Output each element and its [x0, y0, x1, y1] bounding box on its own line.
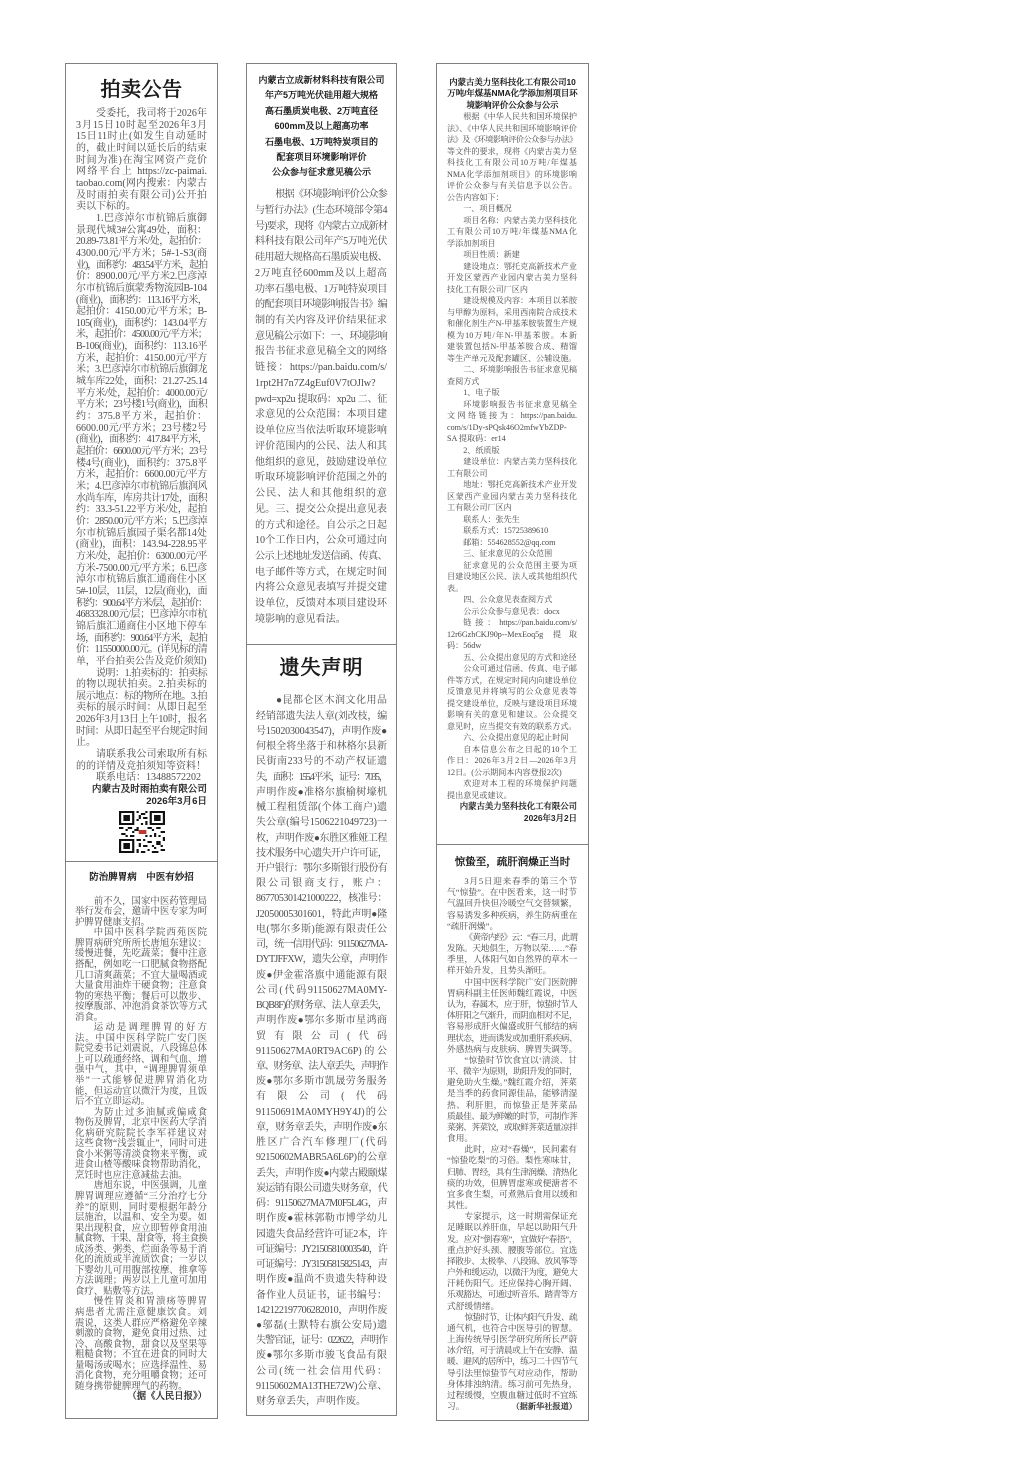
- eia-licheng-body: 根据《环境影响评价公众参与暂行办法》(生态环境部令第4号)要求，现将《内蒙古立成…: [255, 187, 387, 628]
- text-line: 果出现积食，应立即暂停食用油: [75, 1224, 207, 1235]
- text-line: 方米，起拍价：4150.00元/平方: [76, 353, 207, 365]
- text-line: 设单位应当依法听取环境影响: [255, 423, 387, 439]
- text-line: “疏肝润燥”。: [447, 921, 577, 932]
- text-line: 求意见的公众范围：本项目建: [255, 407, 387, 423]
- text-line: 炭运销有限公司遗失财务章，代: [256, 1181, 387, 1196]
- text-line: 层施治，以温和、安全为要。如: [75, 1213, 207, 1224]
- text-line: 丢失，声明作废●内蒙古殿颐煤: [256, 1166, 387, 1181]
- text-line: 民街南233号的不动产权证遗: [256, 754, 387, 769]
- text-line: 硅用超大规格高石墨质炭电极、: [255, 250, 387, 266]
- text-line: 电子邮件等方式，在规定时间: [255, 565, 387, 581]
- text-line: 运动是调理脾胃的好方: [75, 1023, 207, 1034]
- text-line: 技术服务中心遗失开户许可证，: [256, 846, 387, 861]
- text-line: 宜多食生梨，可煮熟后食用以缓和: [447, 1189, 577, 1200]
- text-line: 件等方式，在规定时间内向建设单位: [447, 675, 577, 687]
- text-line: 此时，应对“春燥”，民间素有: [447, 1144, 577, 1155]
- text-line: 听取环境影响评价范围之外的: [255, 470, 387, 486]
- text-line: 网络平台上 https://zc-paimai.: [76, 166, 207, 178]
- text-line: 废●伊金霍洛旗中通能源有限: [256, 968, 387, 983]
- text-line: 惊蛰时节，让体内阳气升发、疏: [447, 1312, 577, 1323]
- text-line: 公众参与征求意见稿公示: [246, 165, 397, 180]
- text-line: 的物以现状拍卖。2.拍卖标的: [76, 679, 207, 691]
- text-line: 意见时，应当提交有效的联系方式。: [447, 721, 577, 733]
- text-line: 公司(统一社会信用代码：: [256, 1364, 387, 1379]
- text-line: 法》及《环境影响评价公众参与办法》: [447, 134, 577, 146]
- text-line: 工有限公司10万吨/年煤基NMA化: [447, 226, 577, 238]
- text-line: 财务章丢失，声明作废。: [256, 1394, 387, 1409]
- text-line: 有限公司(代码: [256, 1089, 387, 1104]
- text-line: 容易形成肝火偏盛或肝气郁结的病: [447, 1021, 577, 1032]
- eia-licheng-paragraphs: 根据《环境影响评价公众参与暂行办法》(生态环境部令第4号)要求，现将《内蒙古立成…: [255, 187, 387, 628]
- auction-notice-date: 2026年3月6日: [76, 796, 207, 808]
- text-line: 意见稿公示如下：一、环境影响: [255, 329, 387, 345]
- loss-statement-paragraphs: ●昆都仑区木润文化用品经销部遗失法人章(刘改枝，编号1502030043547)…: [256, 693, 387, 1409]
- text-line: 一、项目概况: [447, 203, 577, 215]
- text-line: 汗耗伤阳气。还应保持心胸开阔、: [447, 1278, 577, 1289]
- text-line: 5#-10层，11层，12层(商业)，面: [76, 586, 207, 598]
- text-line: “惊蛰吃梨”的习俗。梨性寒味甘，: [447, 1155, 577, 1166]
- text-line: 法》、《中华人民共和国环境影响评价: [447, 123, 577, 135]
- eia-meilijian-title: 内蒙古美力坚科技化工有限公司10万吨/年煤基NMA化学添加剂项目环境影响评价公众…: [436, 77, 589, 112]
- text-line: 公示公众参与意见表：docx: [447, 606, 577, 618]
- text-line: 刺激的食物，避免食用过热、过: [75, 1329, 207, 1340]
- text-line: 开发区蒙西产业园内蒙古美力坚科: [447, 272, 577, 284]
- text-line: 三、征求意见的公众范围: [447, 548, 577, 560]
- text-line: 脾胃病研究所所长唐旭东建议：: [75, 939, 207, 950]
- health-article-body: 前不久，国家中医药管理局举行发布会，邀请中医专家为呵护脾胃健康支招。中国中医科学…: [75, 897, 207, 1403]
- text-line: 是当季的药食同源佳品，能够清湿: [447, 1088, 577, 1099]
- text-line: 公告内容如下：: [447, 192, 577, 204]
- jingzhe-article-paragraphs: 3月5日迎来春季的第三个节气“惊蛰”。在中医看来，这一时节气温回升快但冷暖空气交…: [447, 876, 577, 1412]
- text-line: 四、公众意见表查阅方式: [447, 594, 577, 606]
- text-line: 867705301421000222，核准号：: [256, 891, 387, 906]
- text-line: 92150602MABR5A6L6P)的公章: [256, 1150, 387, 1165]
- text-line: 章，财务章丢失，声明作废●东: [256, 1120, 387, 1135]
- text-line: 境影响的意见看法。: [255, 612, 387, 628]
- text-line: 避免助火生燥。”魏红霞介绍，荠菜: [447, 1077, 577, 1088]
- text-line: 通气机，也符合中医导引的智慧。: [447, 1323, 577, 1334]
- text-line: 料科技有限公司年产5万吨光伏: [255, 234, 387, 250]
- text-line: 91150691MA0MYH9Y4J)的公: [256, 1105, 387, 1120]
- text-line: 功率石墨电极、1万吨特炭项目: [255, 282, 387, 298]
- text-line: 化病研究院院长李军祥建议对: [75, 1129, 207, 1140]
- text-line: 导引法里惊蛰节气对应动作，帮助: [447, 1368, 577, 1379]
- text-line: 足睡眠以养肝血，早起以助阳气升: [447, 1222, 577, 1233]
- text-line: 热、利肝胆，而惊蛰正是荠菜品: [447, 1100, 577, 1111]
- text-line: 废●鄂尔多斯市凯晟劳务服务: [256, 1074, 387, 1089]
- text-line: 2、纸质版: [447, 445, 577, 457]
- text-line: 及时雨拍卖有限公司)公开拍: [76, 190, 207, 202]
- auction-notice-body: 受委托，我司将于2026年3月15日10时起至2026年3月15日11时止(如发…: [76, 108, 207, 807]
- text-line: 平方米/处，起拍价：4000.00元/: [76, 388, 207, 400]
- text-line: 外感热病与皮肤病、脾胃失调等。: [447, 1044, 577, 1055]
- text-line: 物伤及脾胃，北京中医药大学消: [75, 1118, 207, 1129]
- text-line: 的配套项目环境影响报告书》编: [255, 297, 387, 313]
- text-line: 楼4号(商业)，面积约：375.8平: [76, 458, 207, 470]
- text-line: 号)要求，现将《内蒙古立成新材: [255, 219, 387, 235]
- text-line: 高石墨质炭电极、2万吨直径: [246, 104, 397, 119]
- text-line: 设单位，反馈对本项目建设环: [255, 596, 387, 612]
- text-line: 景现代城3#公寓49处，面积：: [76, 225, 207, 237]
- health-article-paragraphs: 前不久，国家中医药管理局举行发布会，邀请中医专家为呵护脾胃健康支招。中国中医科学…: [75, 897, 207, 1393]
- text-line: 震说，这类人群应严格避免辛辣: [75, 1319, 207, 1330]
- text-line: 随身携带健脾理气的药物。: [75, 1382, 207, 1393]
- text-line: 止。: [76, 737, 207, 749]
- column-2-divider: [246, 644, 397, 645]
- text-line: 工有限公司厂区内: [447, 502, 577, 514]
- text-line: 腻食物、干果、甜食等，将主食换: [75, 1234, 207, 1245]
- text-line: 年产5万吨光伏硅用超大规格: [246, 88, 397, 103]
- text-line: 护脾胃健康支招。: [75, 918, 207, 929]
- text-line: 建装置包括N-甲基苯胺合成、精馏: [447, 341, 577, 353]
- text-line: 可证编号：JY31505815825143，声: [256, 1257, 387, 1272]
- text-line: 贸有限公司(代码: [256, 1029, 387, 1044]
- text-line: 1、电子版: [447, 387, 577, 399]
- loss-statement-title: 遗失声明: [246, 655, 397, 681]
- text-line: ●昆都仑区木润文化用品: [256, 693, 387, 708]
- text-line: 食疗、贴敷等方法。: [75, 1287, 207, 1298]
- text-line: 提交建设单位，反映与建设项目环境: [447, 698, 577, 710]
- text-line: 142122197706282010，声明作废: [256, 1303, 387, 1318]
- text-line: 根据《中华人民共和国环境保护: [447, 111, 577, 123]
- text-line: 联系方式：15725389610: [447, 525, 577, 537]
- text-line: 内将公众意见表填写并提交建: [255, 580, 387, 596]
- auction-notice-paragraphs: 受委托，我司将于2026年3月15日10时起至2026年3月15日11时止(如发…: [76, 108, 207, 784]
- health-article-title: 防治脾胃病 中医有妙招: [65, 872, 218, 884]
- text-line: B-106(商业)，面积约：113.16平: [76, 341, 207, 353]
- text-line: 中国中医科学院广安门医院脾: [447, 977, 577, 988]
- text-line: 价：2850.00元/平方米；5.巴彦淖: [76, 516, 207, 528]
- text-line: 场，面积约：900.64平方米，起拍: [76, 633, 207, 645]
- text-line: 1.巴彦淖尔市杭锦后旗御: [76, 213, 207, 225]
- text-line: 季里，人体阳气如自然界的草木一: [447, 954, 577, 965]
- text-line: 积约：900.64平方米/层，起拍价：: [76, 598, 207, 610]
- text-line: ●邬磊(土默特右旗公安局)遗: [256, 1318, 387, 1333]
- text-line: 尔市杭锦后旗蒙秀物流园B-104: [76, 283, 207, 295]
- text-line: 链接：https://pan.baidu.com/s/: [447, 617, 577, 629]
- text-line: 内蒙古美力坚科技化工有限公司10: [436, 77, 589, 89]
- text-line: 中国中医科学院西苑医院: [75, 928, 207, 939]
- text-line: 10个工作日内，公众可通过向: [255, 533, 387, 549]
- text-line: 约：375.8平方米，起拍价：: [76, 411, 207, 423]
- text-line: 冰介绍，可于清晨或上午在安静、温: [447, 1345, 577, 1356]
- text-line: 冷、高酸食物，甜食以及坚果等: [75, 1340, 207, 1351]
- text-line: 平、微辛’为原则，助阳升发的同时，: [447, 1066, 577, 1077]
- text-line: 查阅方式: [447, 376, 577, 388]
- text-line: 91150627MA0RT9AC6P)的公: [256, 1044, 387, 1059]
- text-line: 表。: [447, 583, 577, 595]
- loss-statement-body: ●昆都仑区木润文化用品经销部遗失法人章(刘改枝，编号1502030043547)…: [256, 693, 387, 1409]
- text-line: 等生产单元及配套罐区、公辅设施。: [447, 353, 577, 365]
- text-line: 《黄帝内经》云：“春三月，此谓: [447, 932, 577, 943]
- text-line: 胜区广合汽车修理厂(代码: [256, 1135, 387, 1150]
- text-line: 粗糙食物；不宜在进食的同时大: [75, 1350, 207, 1361]
- text-line: 进食山楂等酸味食物帮助消化，: [75, 1160, 207, 1171]
- text-line: 方米/处，起拍价：6300.00元/平: [76, 551, 207, 563]
- text-line: 其性。: [447, 1200, 577, 1211]
- text-line: SA 提取码：er14: [447, 433, 577, 445]
- text-line: 明作废●温尚不贵遗失特种设: [256, 1272, 387, 1287]
- text-line: 评价公众参与有关信息予以公告。: [447, 180, 577, 192]
- text-line: 6600.00元/平方米；23号楼2号: [76, 423, 207, 435]
- text-line: 开户银行：鄂尔多斯银行股份有: [256, 861, 387, 876]
- text-line: 食用。: [447, 1133, 577, 1144]
- text-line: 枚，声明作废●东胜区雅娅工程: [256, 831, 387, 846]
- text-line: NMA化学添加剂项目》的环境影响: [447, 169, 577, 181]
- column-1-divider: [65, 861, 218, 862]
- text-line: 下婴幼儿可用腹部按摩、推拿等: [75, 1266, 207, 1277]
- text-line: 自本信息公布之日起的10个工: [447, 744, 577, 756]
- text-line: 经销部遗失法人章(刘改枝，编: [256, 709, 387, 724]
- auction-notice-title: 拍卖公告: [65, 77, 218, 103]
- text-line: 体肝阳之气渐升，而阴血相对不足，: [447, 1010, 577, 1021]
- text-line: 上海传统导引医学研究所所长严蔚: [447, 1334, 577, 1345]
- text-line: 卖以下标的。: [76, 201, 207, 213]
- text-line: 锦后旗汇通商住小区地下停车: [76, 621, 207, 633]
- text-line: 建设规模及内容：本项目以苯胺: [447, 295, 577, 307]
- text-line: 15日11时止(如发生自动延时: [76, 131, 207, 143]
- text-line: 欢迎对本工程的环境保护问题: [447, 778, 577, 790]
- text-line: 3月5日迎来春季的第三个节: [447, 876, 577, 887]
- text-line: 烹饪时也应注意减盐去油。: [75, 1171, 207, 1182]
- text-line: 气“惊蛰”。在中医看来，这一时节: [447, 887, 577, 898]
- text-line: 与暂行办法》(生态环境部令第4: [255, 203, 387, 219]
- text-line: BQB8F)的财务章、法人章丢失，: [256, 998, 387, 1013]
- text-line: 化的流质或半流质饮食；一岁以: [75, 1255, 207, 1266]
- text-line: 身体排浊纳清。练习前可先热身，: [447, 1379, 577, 1390]
- text-line: 时间：从即日起至平台规定时间: [76, 726, 207, 738]
- text-line: 声明作废●准格尔旗榆树壕机: [256, 785, 387, 800]
- text-line: 搭配，例如吃一口肥腻食物搭配: [75, 960, 207, 971]
- text-line: 时间为准)在淘宝网资产竞价: [76, 155, 207, 167]
- text-line: 12日。(公示期间本内容登报2次): [447, 767, 577, 779]
- text-line: 前不久，国家中医药管理局: [75, 897, 207, 908]
- text-line: 105(商业)，面积约：143.04平方: [76, 318, 207, 330]
- text-line: 万吨/年煤基NMA化学添加剂项目环: [436, 88, 589, 100]
- text-line: 区蒙西产业园内蒙古美力坚科技化: [447, 491, 577, 503]
- text-line: 等文件的要求，现将《内蒙古美力坚: [447, 146, 577, 158]
- text-line: 根据《环境影响评价公众参: [255, 187, 387, 203]
- text-line: 工有限公司: [447, 468, 577, 480]
- text-line: 约：33.3-51.22平方米/处，起拍: [76, 504, 207, 516]
- text-line: 方法调理；两岁以上儿童可加用: [75, 1276, 207, 1287]
- text-line: 质最佳、最为鲜嫩的时节，可制作荠: [447, 1111, 577, 1122]
- auction-notice-company: 内蒙古及时雨拍卖有限公司: [76, 784, 207, 796]
- text-line: 的方式和途径。自公示之日起: [255, 518, 387, 534]
- text-line: 业)，面积约：483.54平方米，起拍: [76, 260, 207, 272]
- text-line: 痰的功效，但脾胃虚寒或便溏者不: [447, 1178, 577, 1189]
- text-line: 4683328.00元/层；巴彦淖尔市杭: [76, 609, 207, 621]
- text-line: 建设地点：鄂托克高新技术产业: [447, 261, 577, 273]
- text-line: 失，面积：155.4平米，证号：7035，: [256, 770, 387, 785]
- text-line: 食小米粥等清淡食物来平衡，或: [75, 1150, 207, 1161]
- text-line: 2026年3月13日上午10时，报名: [76, 714, 207, 726]
- text-line: 乐观豁达，可通过听音乐、踏青等方: [447, 1289, 577, 1300]
- text-line: 码：91150627MA7M0F5L4G，声: [256, 1196, 387, 1211]
- text-line: 声明作废●鄂尔多斯市星鸿商: [256, 1013, 387, 1028]
- text-line: 价：11550000.00元。(详见标的清: [76, 644, 207, 656]
- eia-meilijian-paragraphs: 根据《中华人民共和国环境保护法》、《中华人民共和国环境影响评价法》及《环境影响评…: [447, 111, 577, 801]
- text-line: 脾胃调理应遵循“三分治疗七分: [75, 1192, 207, 1203]
- text-line: 链接：https://pan.baidu.com/s/: [255, 360, 387, 376]
- text-line: 起拍价：4150.00元/平方米；B-: [76, 306, 207, 318]
- text-line: 发陈。天地俱生，万物以荣……”春: [447, 943, 577, 954]
- text-line: 公民、法人和其他组织的意: [255, 486, 387, 502]
- text-line: 受委托，我司将于2026年: [76, 108, 207, 120]
- text-line: 码：56dw: [447, 640, 577, 652]
- text-line: 价：8900.00元/平方米2.巴彦淖: [76, 271, 207, 283]
- text-line: 技化工有限公司厂区内: [447, 284, 577, 296]
- jingzhe-article-source: （据新华社报道）: [447, 1401, 577, 1412]
- text-line: 提出意见或建议。: [447, 790, 577, 802]
- text-line: com/s/1Dy-sPQsk46O2mfwYbZDP-: [447, 422, 577, 434]
- text-line: 和催化剂生产N-甲基苯胺装置生产规: [447, 318, 577, 330]
- text-line: 失公章(编号1506221049723)一: [256, 815, 387, 830]
- text-line: 菜粥、荠菜饺，或取鲜荠菜适量凉拌: [447, 1122, 577, 1133]
- text-line: 目建设地区公民、法人或其他组织代: [447, 571, 577, 583]
- text-line: 征求意见的公众范围主要为项: [447, 560, 577, 572]
- jingzhe-article-body: 3月5日迎来春季的第三个节气“惊蛰”。在中医看来，这一时节气温回升快但冷暖空气交…: [447, 876, 577, 1412]
- text-line: DYTJFFXW，遗失公章，声明作: [256, 952, 387, 967]
- text-line: 园遗失食品经营许可证2本，许: [256, 1227, 387, 1242]
- text-line: 1rpt2H7n7Z4gEuf0V7tOJlw?: [255, 376, 387, 392]
- text-line: 反馈意见并将填写的公众意见表等: [447, 686, 577, 698]
- text-line: 备作业人员证书，证书编号：: [256, 1288, 387, 1303]
- text-line: 大量食用油炸干硬食物；注意食: [75, 981, 207, 992]
- text-line: 慢性胃炎和胃溃疡等脾胃: [75, 1297, 207, 1308]
- text-line: 理状态，进而诱发或加重肝系疾病、: [447, 1033, 577, 1044]
- text-line: 认为，春属木，应于肝，惊蛰时节人: [447, 999, 577, 1010]
- text-line: 暖、避风的居所中，练习二十四节气: [447, 1356, 577, 1367]
- text-line: 五、公众提出意见的方式和途径: [447, 652, 577, 664]
- text-line: 按摩腹部、冲泡消食茶饮等方式: [75, 1002, 207, 1013]
- text-line: 环境影响报告书征求意见稿全: [447, 399, 577, 411]
- text-line: 2万吨直径600mm及以上超高: [255, 266, 387, 282]
- text-line: 方米-7500.00元/平方米；6.巴彦: [76, 563, 207, 575]
- text-line: 单，平台拍卖公告及竞价须知): [76, 656, 207, 668]
- text-line: 强中气，其中，“调理脾胃须单: [75, 1065, 207, 1076]
- text-line: 胃病科副主任医师魏红霞说，中医: [447, 988, 577, 999]
- text-line: 20.89-73.81平方米/处，起拍价：: [76, 236, 207, 248]
- text-line: 项目名称：内蒙古美力坚科技化: [447, 215, 577, 227]
- text-line: 地址：鄂托克高新技术产业开发: [447, 479, 577, 491]
- text-line: 模为10万吨/年N-甲基苯胺。本新: [447, 330, 577, 342]
- text-line: 失警官证，证号：022622，声明作: [256, 1333, 387, 1348]
- text-line: 评价范围内的公民、法人和其: [255, 439, 387, 455]
- text-line: 12r6GzhCKJ90p--MexEoq5g 提取: [447, 629, 577, 641]
- text-line: 见。三、提交公众提出意见表: [255, 502, 387, 518]
- text-line: 成汤类、粥类、烂面条等易于消: [75, 1245, 207, 1256]
- text-line: 建设单位：内蒙古美力坚科技化: [447, 456, 577, 468]
- text-line: 容易诱发多种疾病，养生防病重在: [447, 910, 577, 921]
- text-line: 学添加剂项目: [447, 238, 577, 250]
- text-line: 缓慢进餐，先吃蔬菜；餐中注意: [75, 949, 207, 960]
- text-line: 二、环境影响报告书征求意见稿: [447, 364, 577, 376]
- text-line: 过程缓慢，空腹血糖过低时不宜练: [447, 1390, 577, 1401]
- text-line: 91150602MA13THE72W)公章、: [256, 1379, 387, 1394]
- text-line: 六、公众提出意见的起止时间: [447, 732, 577, 744]
- text-line: 上可以疏通经络、调和气血、增: [75, 1055, 207, 1066]
- text-line: taobao.com(网内搜索：内蒙古: [76, 178, 207, 190]
- text-line: 专家提示，这一时期需保证充: [447, 1211, 577, 1222]
- text-line: 与甲醇为原料，采用西南院合成技术: [447, 307, 577, 319]
- text-line: 几口清爽蔬菜；不宜大量喝酒或: [75, 971, 207, 982]
- text-line: 样开始升发，且势头渐旺。: [447, 965, 577, 976]
- text-line: 平方米；23号楼1号(商业)，面积: [76, 399, 207, 411]
- text-line: 发。应对“倒春寒”，宜做好“春捂”，: [447, 1234, 577, 1245]
- text-line: 消食。: [75, 1013, 207, 1024]
- text-line: 境影响评价公众参与公示: [436, 100, 589, 112]
- text-line: 法。中国中医科学院广安门医: [75, 1034, 207, 1045]
- text-line: 内蒙古立成新材料科技有限公司: [246, 73, 397, 88]
- text-line: 章、财务章、法人章丢失，声明作: [256, 1059, 387, 1074]
- text-line: 方米，起拍价：6600.00元/平方: [76, 469, 207, 481]
- text-line: 量喝汤或喝水；应选择温性、易: [75, 1361, 207, 1372]
- text-line: 制的有关内容及评价结果征求: [255, 313, 387, 329]
- text-line: 4300.00元/平方米；5#-1-S3(商: [76, 248, 207, 260]
- text-line: 报告书征求意见稿全文的网络: [255, 344, 387, 360]
- text-line: 废●鄂尔多斯市骏飞食品有限: [256, 1348, 387, 1363]
- text-line: 说明：1.拍卖标的：拍卖标: [76, 668, 207, 680]
- text-line: 请联系我公司索取所有标: [76, 749, 207, 761]
- text-line: 举行发布会，邀请中医专家为呵: [75, 907, 207, 918]
- text-line: 养”的原则，同时要根据年龄分: [75, 1203, 207, 1214]
- text-line: 城车库22处，面积：21.27-25.14: [76, 376, 207, 388]
- text-line: 明作废●霍林郭勒市博学幼儿: [256, 1211, 387, 1226]
- text-line: 号1502030043547)，声明作废●: [256, 724, 387, 739]
- text-line: 何根全将坐落于和林格尔县新: [256, 739, 387, 754]
- text-line: 公众可通过信函、传真、电子邮: [447, 663, 577, 675]
- text-line: 米；4.巴彦淖尔市杭锦后旗润风: [76, 481, 207, 493]
- eia-meilijian-body: 根据《中华人民共和国环境保护法》、《中华人民共和国环境影响评价法》及《环境影响评…: [447, 111, 577, 824]
- text-line: “惊蛰时节饮食宜以‘清淡、甘: [447, 1055, 577, 1066]
- text-line: (商业)，面积：143.94-228.95平: [76, 539, 207, 551]
- text-line: 卖标的展示时间：从即日起至: [76, 702, 207, 714]
- newspaper-page: 拍卖公告 受委托，我司将于2026年3月15日10时起至2026年3月15日11…: [0, 0, 1024, 1484]
- text-line: 这些食物“浅尝辄止”，同时可进: [75, 1139, 207, 1150]
- text-line: J2050005301601，特此声明●隆: [256, 907, 387, 922]
- qr-code-icon: [119, 811, 165, 853]
- text-line: 淖尔市杭锦后旗汇通商住小区: [76, 574, 207, 586]
- text-line: 的的详情及竞拍须知等资料！: [76, 761, 207, 773]
- text-line: 展示地点：标的物所在地。3.拍: [76, 691, 207, 703]
- text-line: 影响有关的意见和建议。公众提交: [447, 709, 577, 721]
- text-line: 唐旭东说，中医强调，儿童: [75, 1181, 207, 1192]
- text-line: 3月15日10时起至2026年3月: [76, 120, 207, 132]
- text-line: 邮箱：554628552@qq.com: [447, 537, 577, 549]
- health-article-source: （据《人民日报》）: [75, 1392, 207, 1403]
- text-line: 尔市杭锦后旗园子渠名都14处: [76, 528, 207, 540]
- text-line: 的，截止时间以延长后的结束: [76, 143, 207, 155]
- text-line: 他组织的意见，鼓励建设单位: [255, 455, 387, 471]
- text-line: 电(鄂尔多斯)能源有限责任公: [256, 922, 387, 937]
- text-line: 石墨电极、1万吨特炭项目的: [246, 135, 397, 150]
- text-line: 文网络链接为：https://pan.baidu.: [447, 410, 577, 422]
- text-line: 式舒缓情绪。: [447, 1301, 577, 1312]
- text-line: (商业)，面积约：417.84平方米，: [76, 434, 207, 446]
- text-line: 病患者尤需注意健康饮食。刘: [75, 1308, 207, 1319]
- eia-meilijian-date: 2026年3月2日: [447, 813, 577, 825]
- text-line: 配套项目环境影响评价: [246, 150, 397, 165]
- text-line: 600mm及以上超高功率: [246, 119, 397, 134]
- text-line: 联系电话：13488572202: [76, 772, 207, 784]
- text-line: 米；3.巴彦淖尔市杭锦后旗御龙: [76, 364, 207, 376]
- text-line: 院党委书记刘震说，八段锦总体: [75, 1044, 207, 1055]
- eia-licheng-title: 内蒙古立成新材料科技有限公司年产5万吨光伏硅用超大规格高石墨质炭电极、2万吨直径…: [246, 73, 397, 181]
- text-line: 限公司银商支行，账户：: [256, 876, 387, 891]
- text-line: 归肺、胃经，具有生津润燥、清热化: [447, 1167, 577, 1178]
- text-line: 作日：2026年3月2日—2026年3月: [447, 755, 577, 767]
